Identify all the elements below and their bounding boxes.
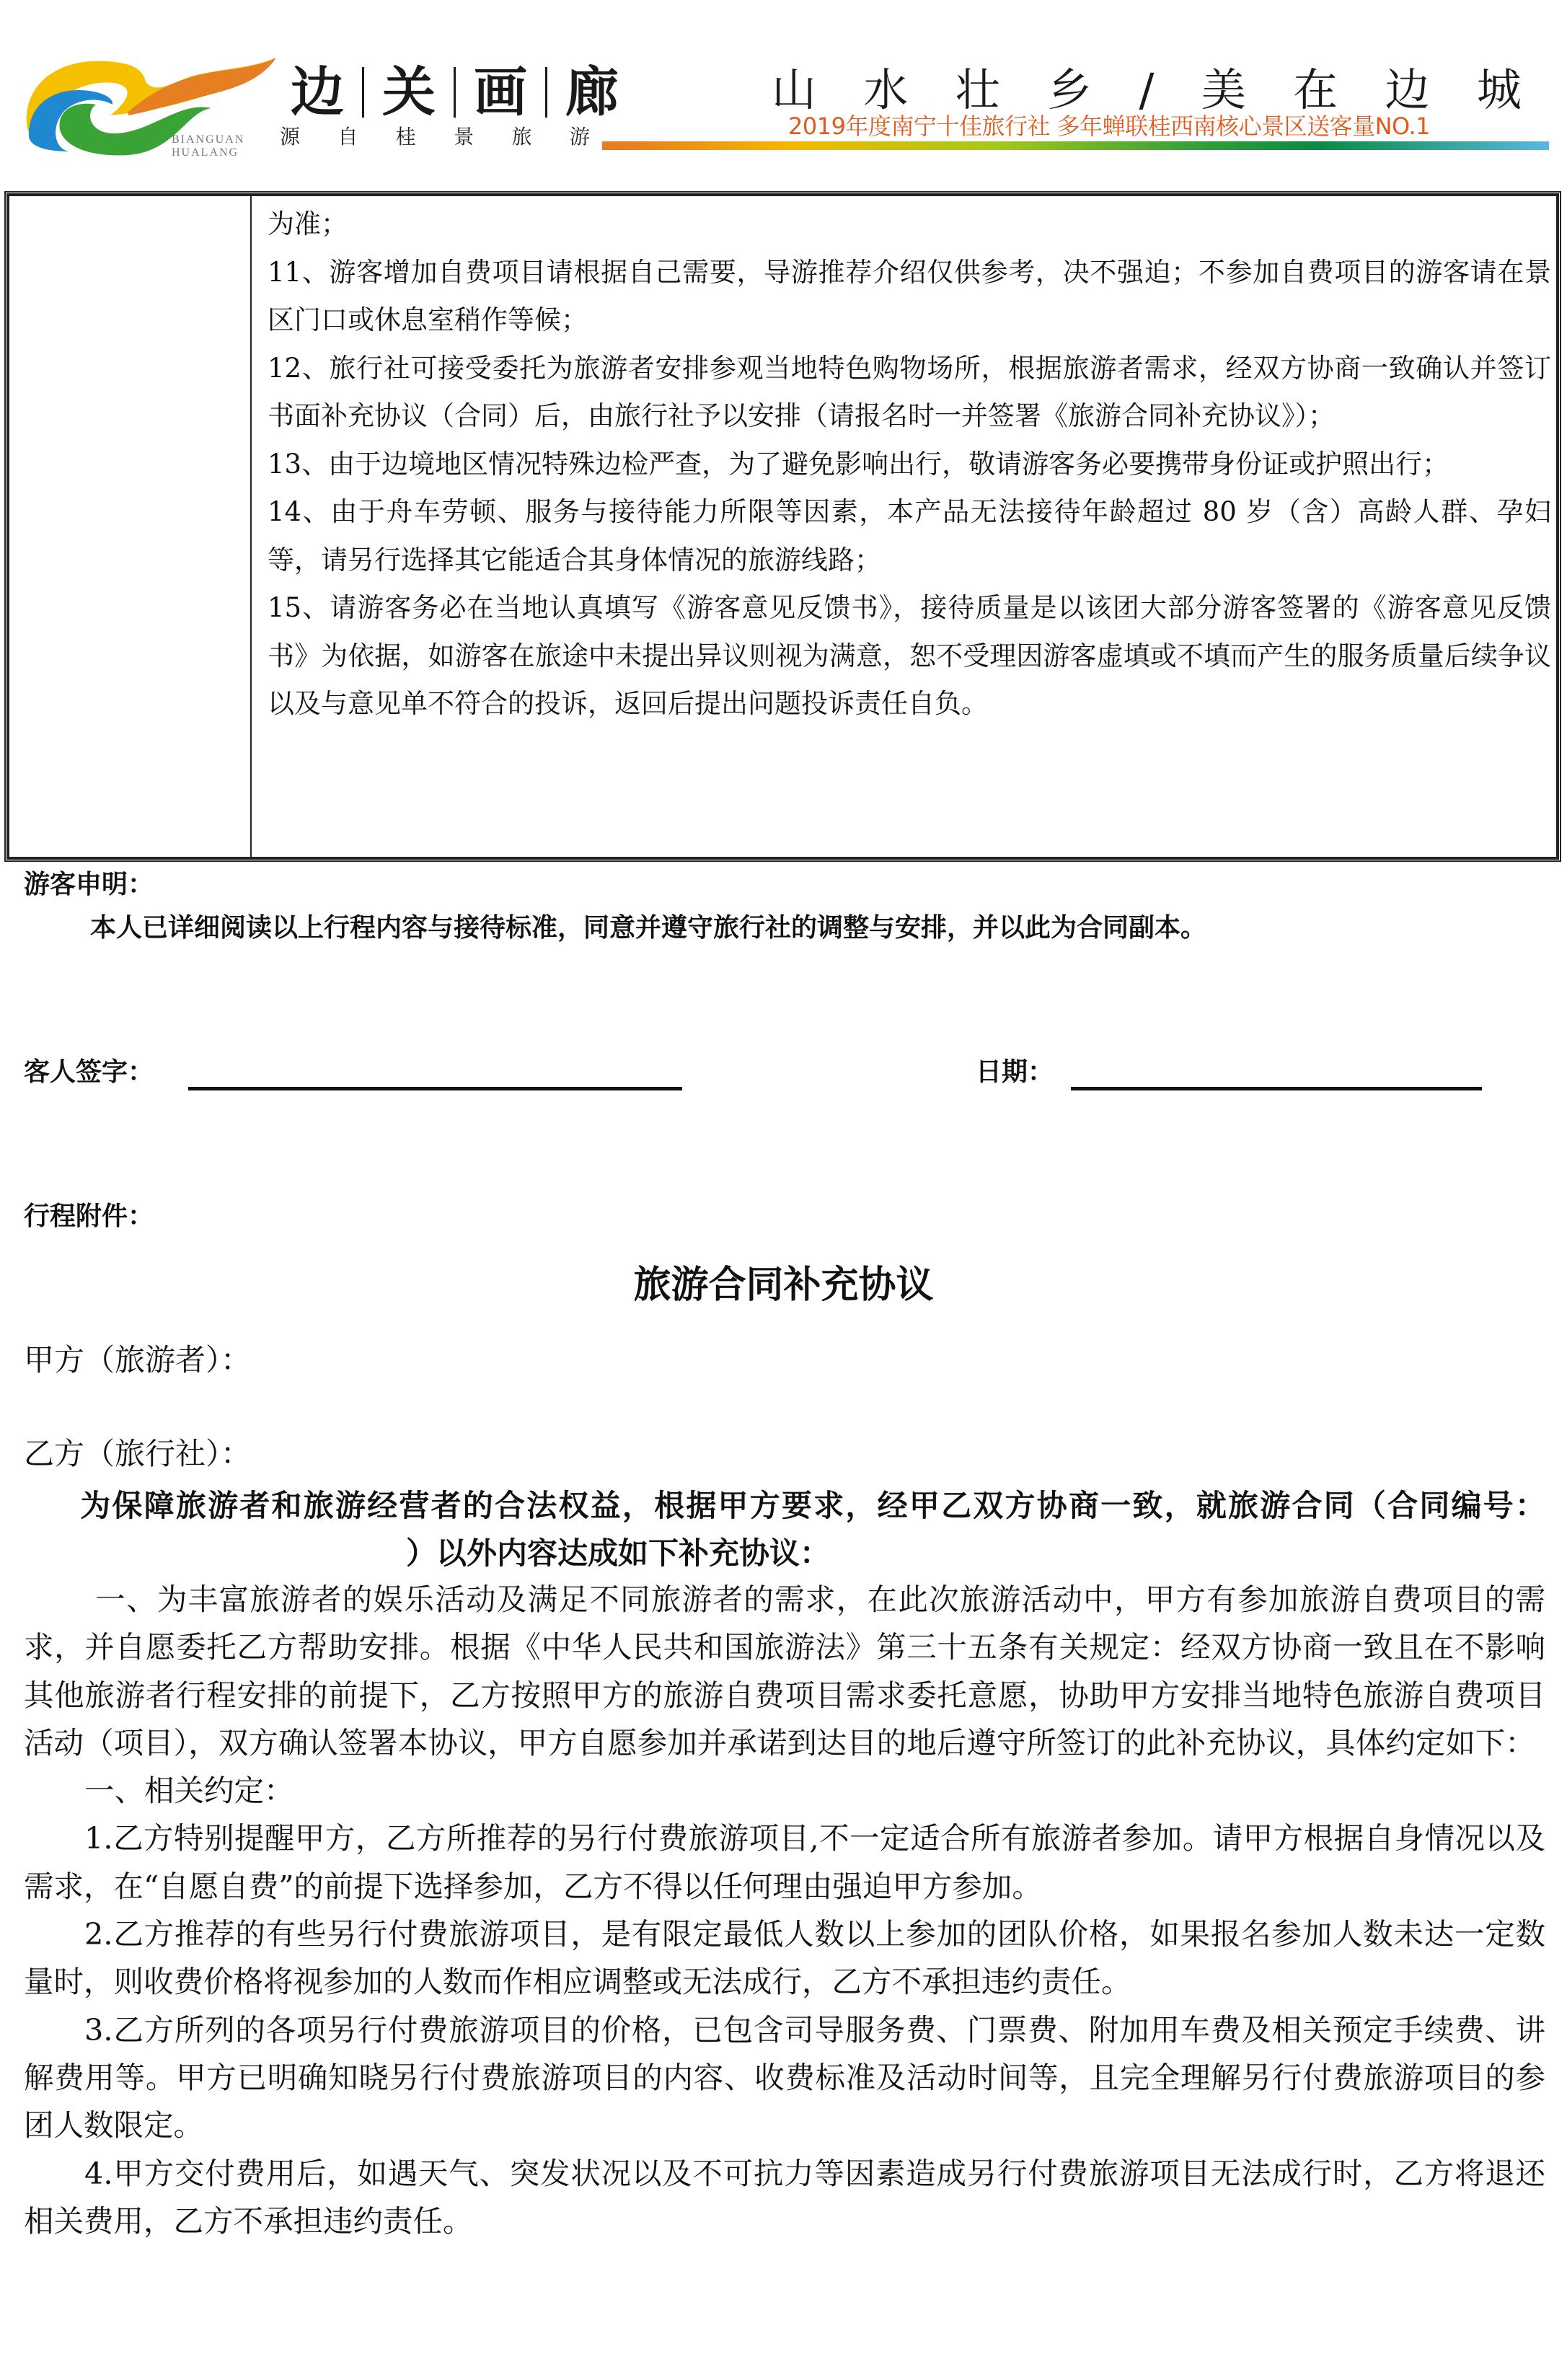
agreement-title: 旅游合同补充协议: [0, 1262, 1567, 1308]
notes-cell: 为准； 11、游客增加自费项目请根据自己需要，导游推荐介绍仅供参考，决不强迫；不…: [268, 200, 1551, 728]
brand-tagline: 源 自 桂 景 旅 游: [280, 125, 590, 149]
agreement-clause-4: 4.甲方交付费用后，如遇天气、突发状况以及不可抗力等因素造成另行付费旅游项目无法…: [24, 2150, 1545, 2246]
signature-label: 客人签字：: [24, 1057, 154, 1088]
brand-name: 边 关 画 廊: [280, 63, 630, 121]
note-item-13: 13、由于边境地区情况特殊边检严查，为了避免影响出行，敬请游客务必要携带身份证或…: [268, 441, 1551, 489]
brand-char: 关: [371, 63, 446, 121]
agreement-section-heading: 一、相关约定：: [24, 1767, 1545, 1815]
party-a-label: 甲方（旅游者）：: [24, 1341, 251, 1379]
note-item-12: 12、旅行社可接受委托为旅游者安排参观当地特色购物场所，根据旅游者需求，经双方协…: [268, 345, 1551, 441]
notes-label-cell: [9, 196, 252, 857]
brand-char: 廊: [555, 63, 630, 121]
date-field[interactable]: [1071, 1087, 1482, 1090]
note-item-14: 14、由于舟车劳顿、服务与接待能力所限等因素，本产品无法接待年龄超过 80 岁（…: [268, 488, 1551, 584]
note-item-11: 11、游客增加自费项目请根据自己需要，导游推荐介绍仅供参考，决不强迫；不参加自费…: [268, 249, 1551, 345]
letterhead: BIANGUAN HUALANG 边 关 画 廊 源 自 桂 景 旅 游 山 水…: [0, 0, 1567, 166]
slogan: 山 水 壮 乡 / 美 在 边 城: [772, 66, 1522, 114]
logo-english-name: BIANGUAN HUALANG: [172, 133, 244, 159]
brand-divider: [362, 67, 364, 118]
attachment-label: 行程附件：: [24, 1201, 154, 1233]
date-label: 日期：: [976, 1057, 1054, 1088]
note-line: 为准；: [268, 200, 1551, 249]
agreement-clause-1: 1.乙方特别提醒甲方，乙方所推荐的另行付费旅游项目,不一定适合所有旅游者参加。请…: [24, 1815, 1545, 1910]
header-color-bar: [602, 141, 627, 150]
notes-table: 为准； 11、游客增加自费项目请根据自己需要，导游推荐介绍仅供参考，决不强迫；不…: [4, 191, 1561, 862]
declaration-text: 本人已详细阅读以上行程内容与接待标准，同意并遵守旅行社的调整与安排，并以此为合同…: [90, 912, 1206, 944]
brand-char: 边: [280, 63, 355, 121]
agreement-lead: 为保障旅游者和旅游经营者的合法权益，根据甲方要求，经甲乙双方协商一致，就旅游合同…: [24, 1482, 1545, 1577]
header-gradient-bar: [626, 141, 1549, 150]
agreement-clause-3: 3.乙方所列的各项另行付费旅游项目的价格，已包含司导服务费、门票费、附加用车费及…: [24, 2006, 1545, 2150]
brand-divider: [545, 67, 547, 118]
agreement-intro: 一、为丰富旅游者的娱乐活动及满足不同旅游者的需求，在此次旅游活动中，甲方有参加旅…: [24, 1576, 1545, 1767]
brand-divider: [454, 67, 456, 118]
agreement-body: 一、为丰富旅游者的娱乐活动及满足不同旅游者的需求，在此次旅游活动中，甲方有参加旅…: [24, 1576, 1545, 2245]
signature-row: 客人签字： 日期：: [24, 1057, 1567, 1100]
brand-char: 画: [463, 63, 538, 121]
note-item-15: 15、请游客务必在当地认真填写《游客意见反馈书》，接待质量是以该团大部分游客签署…: [268, 584, 1551, 728]
signature-field[interactable]: [188, 1087, 682, 1090]
declaration-label: 游客申明：: [24, 869, 154, 901]
agreement-clause-2: 2.乙方推荐的有些另行付费旅游项目，是有限定最低人数以上参加的团队价格，如果报名…: [24, 1910, 1545, 2006]
party-b-label: 乙方（旅行社）：: [24, 1435, 251, 1473]
award-banner: 2019年度南宁十佳旅行社 多年蝉联桂西南核心景区送客量NO.1: [788, 113, 1430, 140]
